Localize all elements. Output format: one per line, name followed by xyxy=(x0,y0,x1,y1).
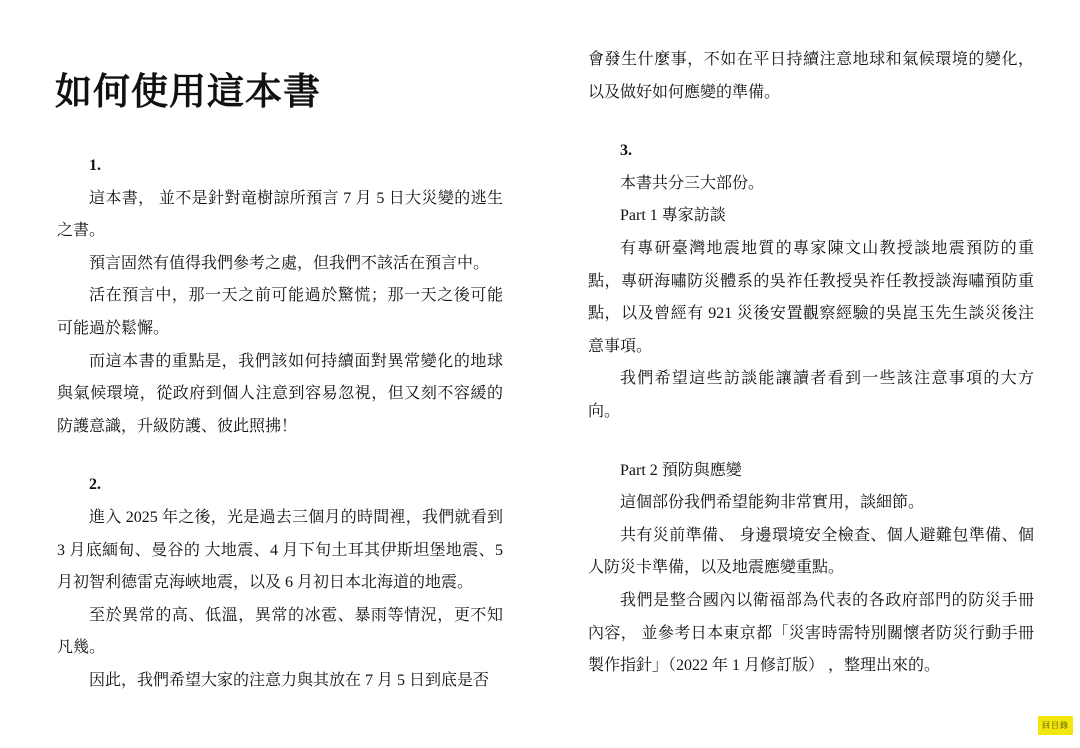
part-2-heading: Part 2 預防與應變 xyxy=(588,455,1034,488)
paragraph: 預言固然有值得我們參考之處，但我們不該活在預言中。 xyxy=(57,248,503,281)
page-title: 如何使用這本書 xyxy=(55,71,321,115)
paragraph: 我們希望這些訪談能讓讀者看到一些該注意事項的大方向。 xyxy=(588,363,1034,428)
paragraph: 至於異常的高、低溫，異常的冰雹、暴雨等情況，更不知凡幾。 xyxy=(57,600,503,665)
section-2: 2. 進入 2025 年之後，光是過去三個月的時間裡，我們就看到 3 月底緬甸、… xyxy=(57,469,503,697)
section-1-number: 1. xyxy=(57,150,503,183)
book-page: { "page": { "title": "如何使用這本書", "left_co… xyxy=(0,0,1080,748)
back-to-toc-badge[interactable]: 回目錄 xyxy=(1038,716,1073,735)
section-2-number: 2. xyxy=(57,469,503,502)
section-3-number: 3. xyxy=(588,135,1034,168)
paragraph: 因此，我們希望大家的注意力與其放在 7 月 5 日到底是否 xyxy=(57,665,503,698)
paragraph: 有專研臺灣地震地質的專家陳文山教授談地震預防的重點，專研海嘯防災體系的吳祚任教授… xyxy=(588,233,1034,363)
section-1: 1. 這本書， 並不是針對竜樹諒所預言 7 月 5 日大災變的逃生之書。 預言固… xyxy=(57,150,503,443)
paragraph: 活在預言中，那一天之前可能過於驚慌；那一天之後可能可能過於鬆懈。 xyxy=(57,280,503,345)
paragraph: 這本書， 並不是針對竜樹諒所預言 7 月 5 日大災變的逃生之書。 xyxy=(57,183,503,248)
right-column: 會發生什麼事，不如在平日持續注意地球和氣候環境的變化，以及做好如何應變的準備。 … xyxy=(588,44,1034,683)
continuation-paragraph: 會發生什麼事，不如在平日持續注意地球和氣候環境的變化，以及做好如何應變的準備。 xyxy=(588,44,1034,109)
paragraph: 這個部份我們希望能夠非常實用，談細節。 xyxy=(588,487,1034,520)
left-column: 1. 這本書， 並不是針對竜樹諒所預言 7 月 5 日大災變的逃生之書。 預言固… xyxy=(57,150,503,698)
paragraph: 本書共分三大部份。 xyxy=(588,168,1034,201)
part-1-heading: Part 1 專家訪談 xyxy=(588,200,1034,233)
paragraph: 共有災前準備、 身邊環境安全檢查、個人避難包準備、個人防災卡準備，以及地震應變重… xyxy=(588,520,1034,585)
paragraph: 而這本書的重點是，我們該如何持續面對異常變化的地球與氣候環境，從政府到個人注意到… xyxy=(57,346,503,444)
paragraph: 我們是整合國內以衛福部為代表的各政府部門的防災手冊內容， 並參考日本東京都「災害… xyxy=(588,585,1034,683)
paragraph: 進入 2025 年之後，光是過去三個月的時間裡，我們就看到 3 月底緬甸、曼谷的… xyxy=(57,502,503,600)
section-3: 3. 本書共分三大部份。 Part 1 專家訪談 有專研臺灣地震地質的專家陳文山… xyxy=(588,135,1034,683)
